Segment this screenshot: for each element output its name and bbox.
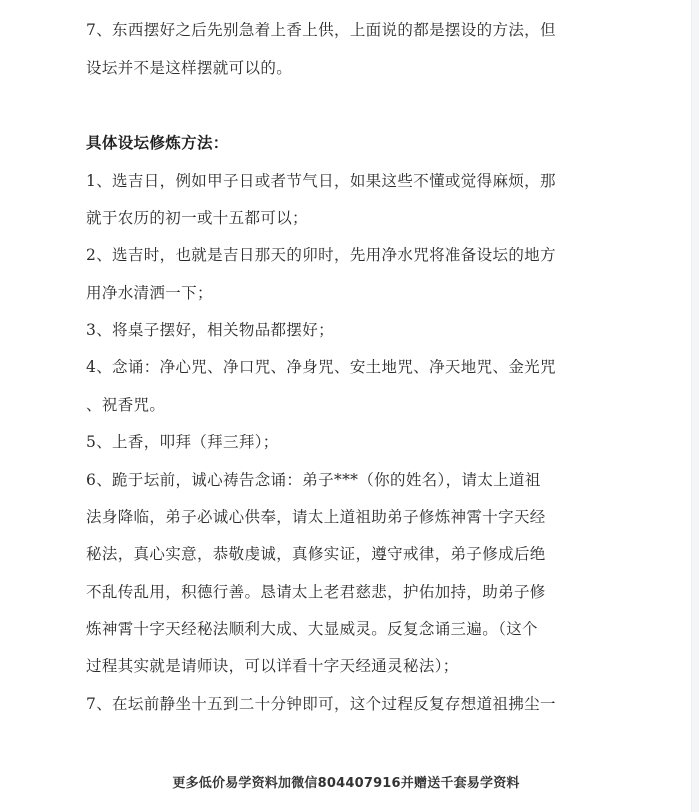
step-line: 6、跪于坛前，诚心祷告念诵：弟子***（你的姓名），请太上道祖 [86, 469, 541, 491]
promo-footer: 更多低价易学资料加微信804407916并赠送千套易学资料 [0, 772, 692, 791]
step-line: 1、选吉日，例如甲子日或者节气日，如果这些不懂或觉得麻烦，那 [86, 170, 556, 192]
step-line: 5、上香，叩拜（拜三拜）； [86, 431, 279, 453]
cut-off-previous-line: ·· [86, 0, 126, 2]
step-line: 7、在坛前静坐十五到二十分钟即可，这个过程反复存想道祖拂尘一 [86, 693, 556, 715]
step-line: 2、选吉时，也就是吉日那天的卯时，先用净水咒将准备设坛的地方 [86, 244, 556, 266]
scrollbar-track[interactable] [691, 0, 699, 812]
step-line: 不乱传乱用，积德行善。恳请太上老君慈悲，护佑加持，助弟子修 [86, 581, 546, 603]
step-line: 秘法，真心实意，恭敬虔诚，真修实证，遵守戒律，弟子修成后绝 [86, 543, 546, 565]
document-page: ·· 7、东西摆好之后先别急着上香上供，上面说的都是摆设的方法，但 设坛并不是这… [0, 0, 692, 812]
step-line: 就于农历的初一或十五都可以； [86, 207, 308, 229]
step-line: 炼神霄十字天经秘法顺利大成、大显威灵。反复念诵三遍。（这个 [86, 618, 538, 640]
step-line: 法身降临，弟子必诚心供奉，请太上道祖助弟子修炼神霄十字天经 [86, 506, 546, 528]
step-line: 4、念诵：净心咒、净口咒、净身咒、安土地咒、净天地咒、金光咒 [86, 356, 556, 378]
step-line: 过程其实就是请师诀，可以详看十字天经通灵秘法）； [86, 655, 459, 677]
section-heading: 具体设坛修炼方法： [86, 132, 229, 154]
step-line: 3、将桌子摆好，相关物品都摆好； [86, 319, 334, 341]
step-line: 、祝香咒。 [86, 394, 165, 416]
intro-line-2: 设坛并不是这样摆就可以的。 [86, 57, 292, 79]
step-line: 用净水清洒一下； [86, 282, 213, 304]
intro-line-1: 7、东西摆好之后先别急着上香上供，上面说的都是摆设的方法，但 [86, 19, 556, 41]
